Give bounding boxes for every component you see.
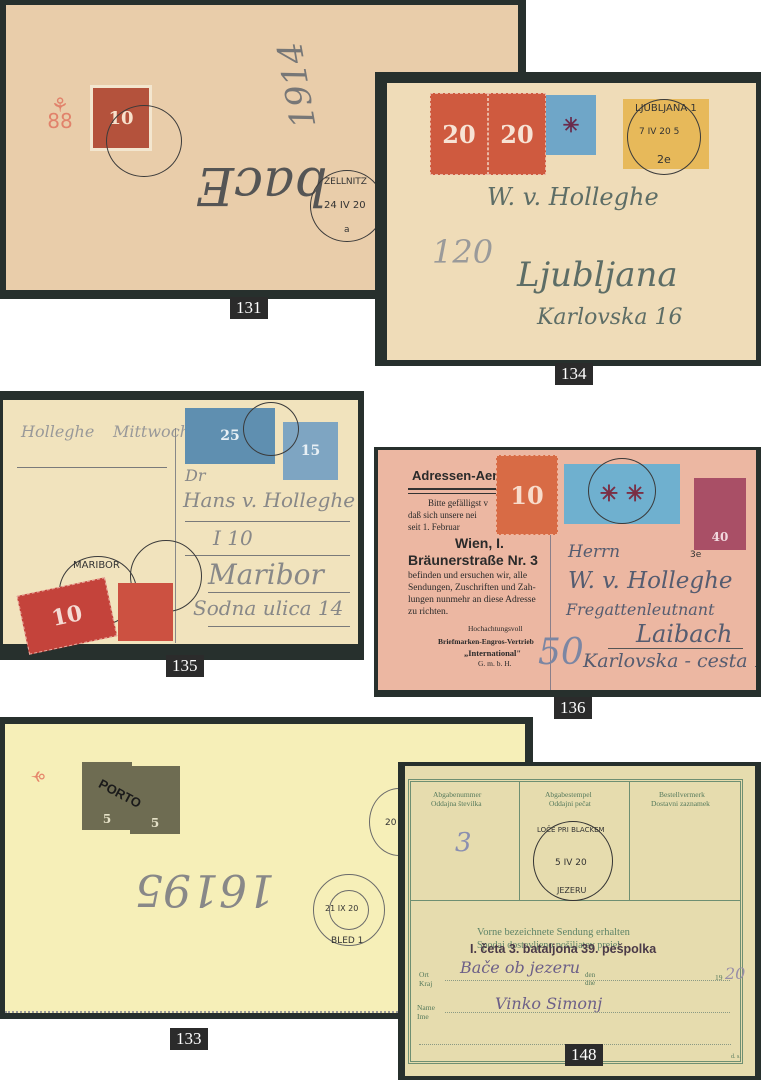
address-salutation: Herrn bbox=[568, 542, 620, 562]
red-handstamp-icon: ⚘88 bbox=[46, 97, 74, 131]
footer-mark: d. s. bbox=[731, 1054, 741, 1060]
item-number-136: 136 bbox=[554, 697, 592, 719]
form-header-abgabenummer: Abgabenummer bbox=[433, 790, 481, 799]
address-line-3 bbox=[208, 592, 350, 593]
address-city: Ljubljana bbox=[517, 255, 678, 295]
printed-body: lungen nunmehr an diese Adresse bbox=[408, 595, 536, 605]
address-room: I 10 bbox=[213, 526, 253, 550]
form-header-abgabestempel: Abgabestempel bbox=[545, 790, 592, 799]
postmark-suffix: 2e bbox=[657, 153, 671, 166]
blue-stamp: ✳ bbox=[546, 95, 596, 155]
postmark-suffix: a bbox=[344, 225, 350, 235]
kraj-label: Kraj bbox=[419, 979, 432, 988]
card-148[interactable]: Abgabenummer Oddajna številka Abgabestem… bbox=[405, 766, 755, 1076]
item-number-131: 131 bbox=[230, 297, 268, 319]
printed-company: „International" bbox=[464, 648, 521, 658]
form-header-bestellvermerk: Bestellvermerk bbox=[659, 790, 705, 799]
unit-handstamp: I. četa 3. bataljona 39. pešpolka bbox=[470, 942, 656, 956]
postmark-circle bbox=[106, 105, 182, 177]
address-city: Maribor bbox=[208, 558, 324, 591]
red-handstamp-icon: ⚘ bbox=[27, 768, 48, 784]
postmark-town: BLED 1 bbox=[331, 936, 363, 946]
postmark-date: 5 IV 20 bbox=[555, 858, 587, 868]
postmark-suffix: JEZERU bbox=[557, 886, 586, 895]
sender-day: Mittwoch bbox=[113, 422, 190, 441]
stamp-red-small bbox=[118, 583, 173, 641]
printed-body: zu richten. bbox=[408, 607, 448, 617]
printed-heading: Adressen-Aen bbox=[412, 468, 500, 483]
stamp-40: 40 bbox=[694, 478, 746, 550]
pencil-note: 50 bbox=[538, 632, 584, 673]
handwritten-amount: bacE bbox=[196, 155, 327, 215]
address-name: W. v. Holleghe bbox=[568, 568, 733, 594]
form-col-divider bbox=[629, 782, 630, 900]
postmark-top bbox=[243, 402, 299, 456]
address-street: Karlovska 16 bbox=[537, 305, 683, 330]
postmark-ljubljana bbox=[588, 458, 656, 524]
address-title: Dr bbox=[185, 466, 205, 485]
address-name: Hans v. Holleghe bbox=[183, 488, 355, 512]
postmark2-date: 20 bbox=[385, 818, 396, 828]
form-col-divider bbox=[519, 782, 520, 900]
address-line-4 bbox=[208, 626, 350, 627]
printed-city: Wien, I. bbox=[455, 535, 504, 551]
printed-closing: Hochachtungsvoll bbox=[468, 624, 523, 633]
item-number-135: 135 bbox=[166, 655, 204, 677]
ort-label: Ort bbox=[419, 970, 429, 979]
postmark-date: 21 IX 20 bbox=[325, 904, 358, 913]
postmark-suffix: 3e bbox=[690, 550, 701, 560]
address-line-2 bbox=[185, 555, 350, 556]
postmark-town: LJUBLJANA 1 bbox=[635, 103, 697, 114]
printed-line: Bitte gefälligst v bbox=[428, 498, 488, 508]
item-number-148: 148 bbox=[565, 1044, 603, 1066]
postmark-town: LOČE PRI BLACKEM bbox=[537, 826, 605, 834]
address-underline bbox=[608, 648, 743, 649]
printed-line: seit 1. Februar bbox=[408, 522, 460, 532]
address-line-1 bbox=[185, 521, 350, 522]
handwritten-place: Bače ob jezeru bbox=[460, 958, 580, 977]
card-134[interactable]: 20 20 ✳ LJUBLJANA 1 7 IV 20 5 2e W. v. H… bbox=[387, 83, 756, 360]
name-dotted-line bbox=[445, 1012, 730, 1013]
postage-due-stamp-10: 10 bbox=[496, 455, 558, 535]
form-header-oddajna: Oddajna številka bbox=[431, 799, 482, 808]
printed-company: Briefmarken-Engros-Vertrieb bbox=[438, 637, 534, 646]
printed-line: daß sich unsere nei bbox=[408, 510, 477, 520]
postmark-date: 7 IV 20 5 bbox=[639, 127, 679, 137]
address-rank: Fregattenleutnant bbox=[566, 600, 715, 619]
postmark-town: ZELLNITZ bbox=[324, 177, 367, 187]
handwritten-signature: Vinko Simonj bbox=[495, 994, 602, 1013]
printed-body: befinden und ersuchen wir, alle bbox=[408, 571, 527, 581]
printed-body: Sendungen, Zuschriften und Zah- bbox=[408, 583, 536, 593]
den-label: den bbox=[585, 971, 595, 979]
item-number-134: 134 bbox=[555, 363, 593, 385]
postmark-date: 24 IV 20 bbox=[324, 200, 366, 211]
pencil-note: 1914 bbox=[270, 39, 324, 131]
printed-company: G. m. b. H. bbox=[478, 659, 512, 668]
divider-line bbox=[17, 467, 167, 468]
handwritten-number: 16195 bbox=[135, 864, 275, 915]
item-number-133: 133 bbox=[170, 1028, 208, 1050]
sender-name: Holleghe bbox=[21, 422, 94, 441]
pencil-note: 120 bbox=[432, 233, 493, 271]
heading-rule bbox=[408, 488, 500, 494]
postage-due-stamp-20-b: 20 bbox=[488, 93, 546, 175]
printed-street: Bräunerstraße Nr. 3 bbox=[408, 552, 538, 568]
address-name: W. v. Holleghe bbox=[487, 183, 659, 211]
form-header-dostavni: Dostavni zaznamek bbox=[651, 799, 710, 808]
form-header-oddajni: Oddajni pečat bbox=[549, 799, 591, 808]
name-label: Name bbox=[417, 1003, 435, 1012]
postage-due-stamp-20-a: 20 bbox=[430, 93, 488, 175]
card-136[interactable]: Adressen-Aen Bitte gefälligst v daß sich… bbox=[378, 450, 756, 690]
ort-dotted-line bbox=[445, 980, 730, 981]
postmark-town: MARIBOR bbox=[73, 560, 120, 571]
received-german: Vorne bezeichnete Sendung erhalten bbox=[477, 927, 630, 938]
handwritten-number: 3 bbox=[455, 828, 472, 858]
ime-label: Ime bbox=[417, 1012, 429, 1021]
address-street: Karlovska - cesta 18. bbox=[583, 650, 756, 672]
address-city: Laibach bbox=[636, 620, 733, 648]
address-street: Sodna ulica 14 bbox=[193, 596, 343, 620]
